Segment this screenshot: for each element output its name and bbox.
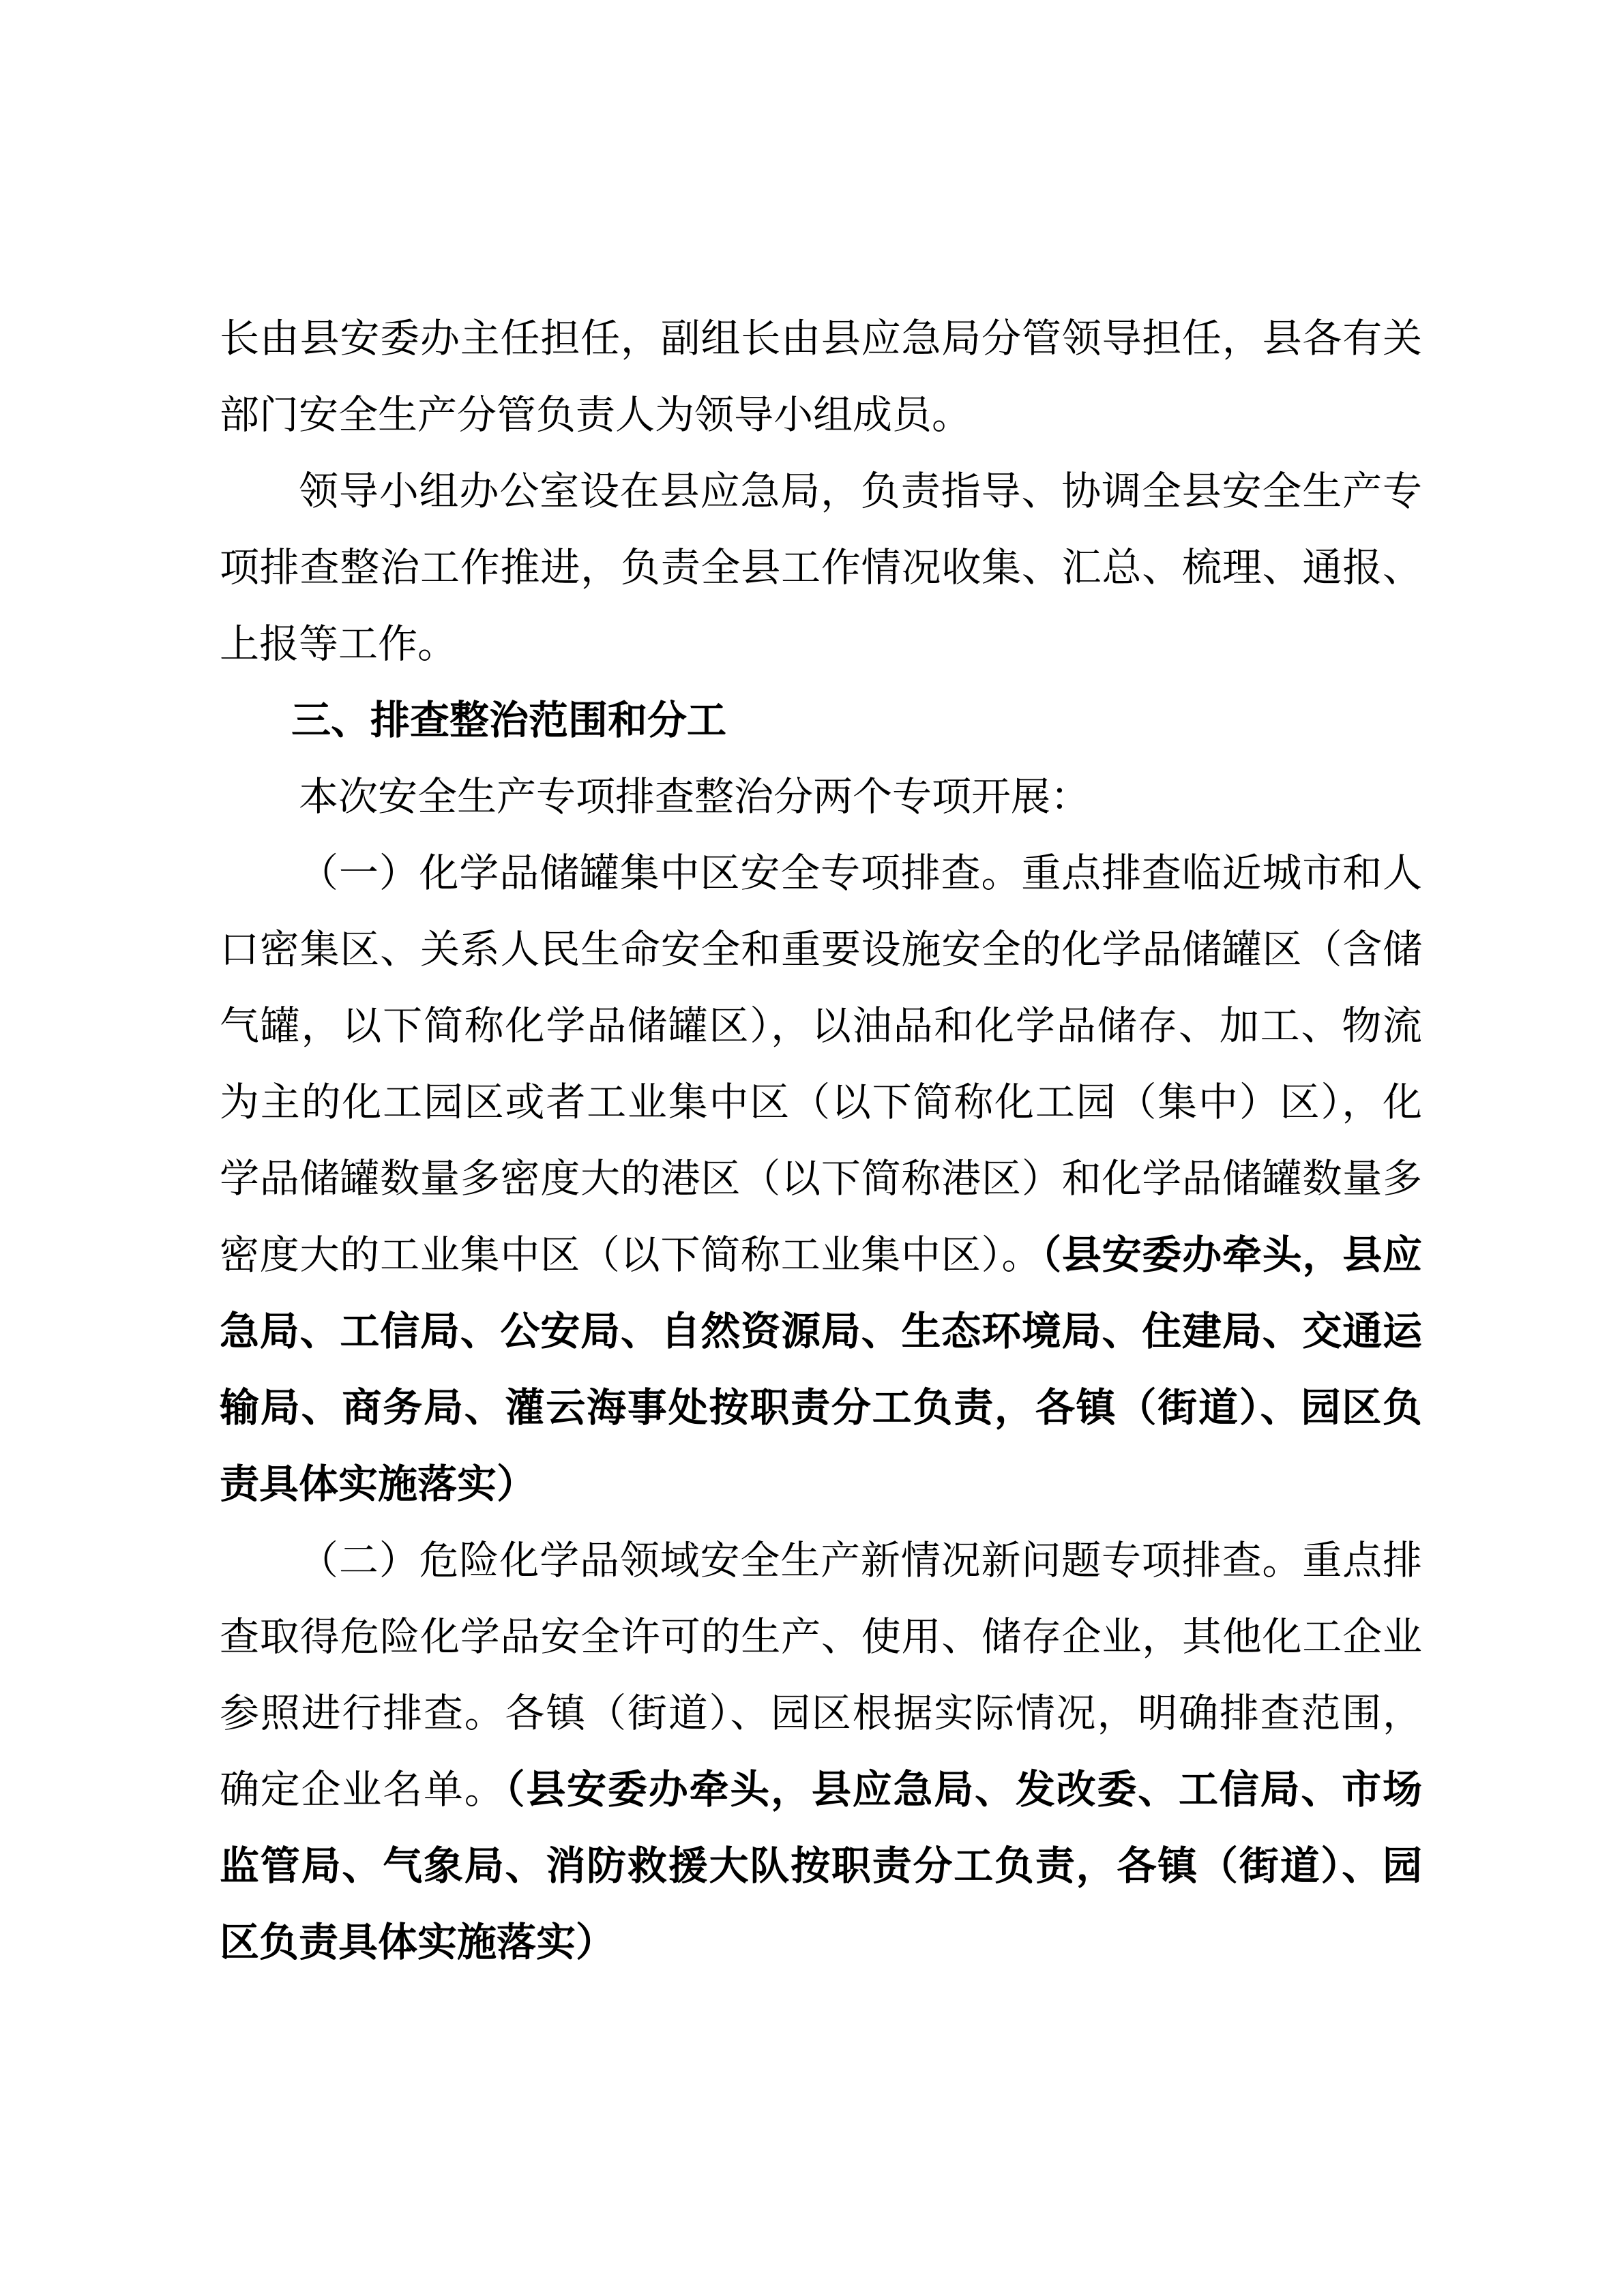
document-body: 长由县安委办主任担任，副组长由县应急局分管领导担任，县各有关部门安全生产分管负责… [220, 300, 1422, 1980]
paragraph-item-one-storage-tanks: （一）化学品储罐集中区安全专项排查。重点排查临近城市和人口密集区、关系人民生命安… [220, 835, 1422, 1522]
paragraph-item-two-hazardous-chemicals: （二）危险化学品领域安全生产新情况新问题专项排查。重点排查取得危险化学品安全许可… [220, 1522, 1422, 1980]
paragraph-leadership-office: 领导小组办公室设在县应急局，负责指导、协调全县安全生产专项排查整治工作推进，负责… [220, 453, 1422, 682]
section-heading-scope-and-division: 三、排查整治范围和分工 [220, 682, 1422, 758]
document-page: 长由县安委办主任担任，副组长由县应急局分管领导担任，县各有关部门安全生产分管负责… [0, 0, 1624, 2296]
paragraph-two-special-items: 本次安全生产专项排查整治分两个专项开展： [220, 758, 1422, 835]
paragraph-leadership-group-members: 长由县安委办主任担任，副组长由县应急局分管领导担任，县各有关部门安全生产分管负责… [220, 300, 1422, 453]
item-one-body-text: （一）化学品储罐集中区安全专项排查。重点排查临近城市和人口密集区、关系人民生命安… [220, 850, 1422, 1278]
